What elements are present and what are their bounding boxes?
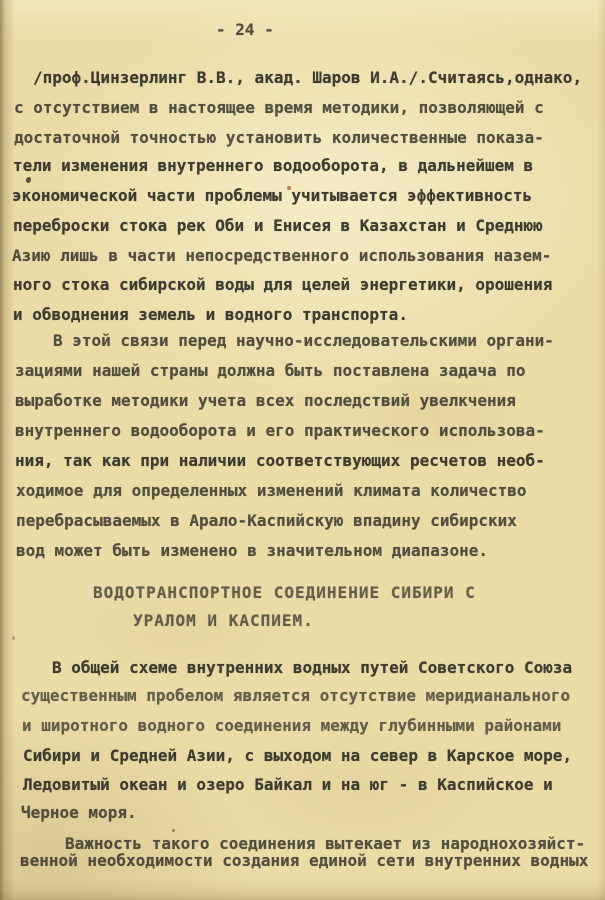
text-line: внутреннего водооборота и его практическ…: [15, 423, 545, 439]
text-line: Ледовитый океан и озеро Байкал и на юг -…: [23, 777, 553, 793]
text-line: В общей схеме внутренних водных путей Со…: [52, 660, 572, 676]
text-line: переброски стока рек Оби и Енисея в Каза…: [13, 218, 543, 234]
text-line: ного стока сибирской воды для целей энер…: [13, 277, 552, 293]
section-heading-line: УРАЛОМ И КАСПИЕМ.: [133, 613, 314, 629]
text-line: и обводнения земель и водного транспорта…: [13, 307, 408, 323]
page-number: - 24 -: [216, 22, 274, 38]
text-line: Азию лишь в части непосредственного испо…: [12, 248, 551, 264]
text-line: и широтного водного соединения между глу…: [22, 718, 561, 734]
text-line: экономической части проблемы учитывается…: [12, 188, 532, 204]
text-line: ния, так как при наличии соответствующих…: [15, 453, 545, 469]
text-line: достаточной точностью установить количес…: [14, 130, 544, 146]
text-line: вод может быть изменено в значительном д…: [16, 543, 488, 559]
text-line: Черное моря.: [21, 805, 137, 821]
ink-speck: [12, 636, 15, 640]
text-line: Сибири и Средней Азии, с выходом на севе…: [23, 748, 572, 764]
text-line: /проф.Цинзерлинг В.В., акад. Шаров И.А./…: [33, 70, 582, 86]
text-line: венной необходимости создания единой сет…: [20, 853, 588, 869]
document-page: - 24 - /проф.Цинзерлинг В.В., акад. Шаро…: [0, 0, 605, 900]
text-line: Важность такого соединения вытекает из н…: [65, 836, 585, 852]
text-line: ходимое для определенных изменений клима…: [16, 483, 527, 499]
text-line: выработке методики учета всех последстви…: [15, 393, 516, 409]
text-line: существенным пробелом является отсутстви…: [21, 688, 570, 704]
section-heading-line: ВОДОТРАНСПОРТНОЕ СОЕДИНЕНИЕ СИБИРИ С: [93, 585, 476, 601]
text-line: В этой связи перед научно-исследовательс…: [53, 333, 554, 349]
text-line: зациями нашей страны должна быть поставл…: [15, 363, 526, 379]
text-line: тели изменения внутреннего водооборота, …: [13, 158, 533, 174]
text-line: с отсутствием в настоящее время методики…: [14, 100, 544, 116]
ink-speck: [172, 829, 175, 832]
text-line: перебрасываемых в Арало-Каспийскую впади…: [16, 513, 517, 529]
ink-speck: [25, 176, 32, 183]
